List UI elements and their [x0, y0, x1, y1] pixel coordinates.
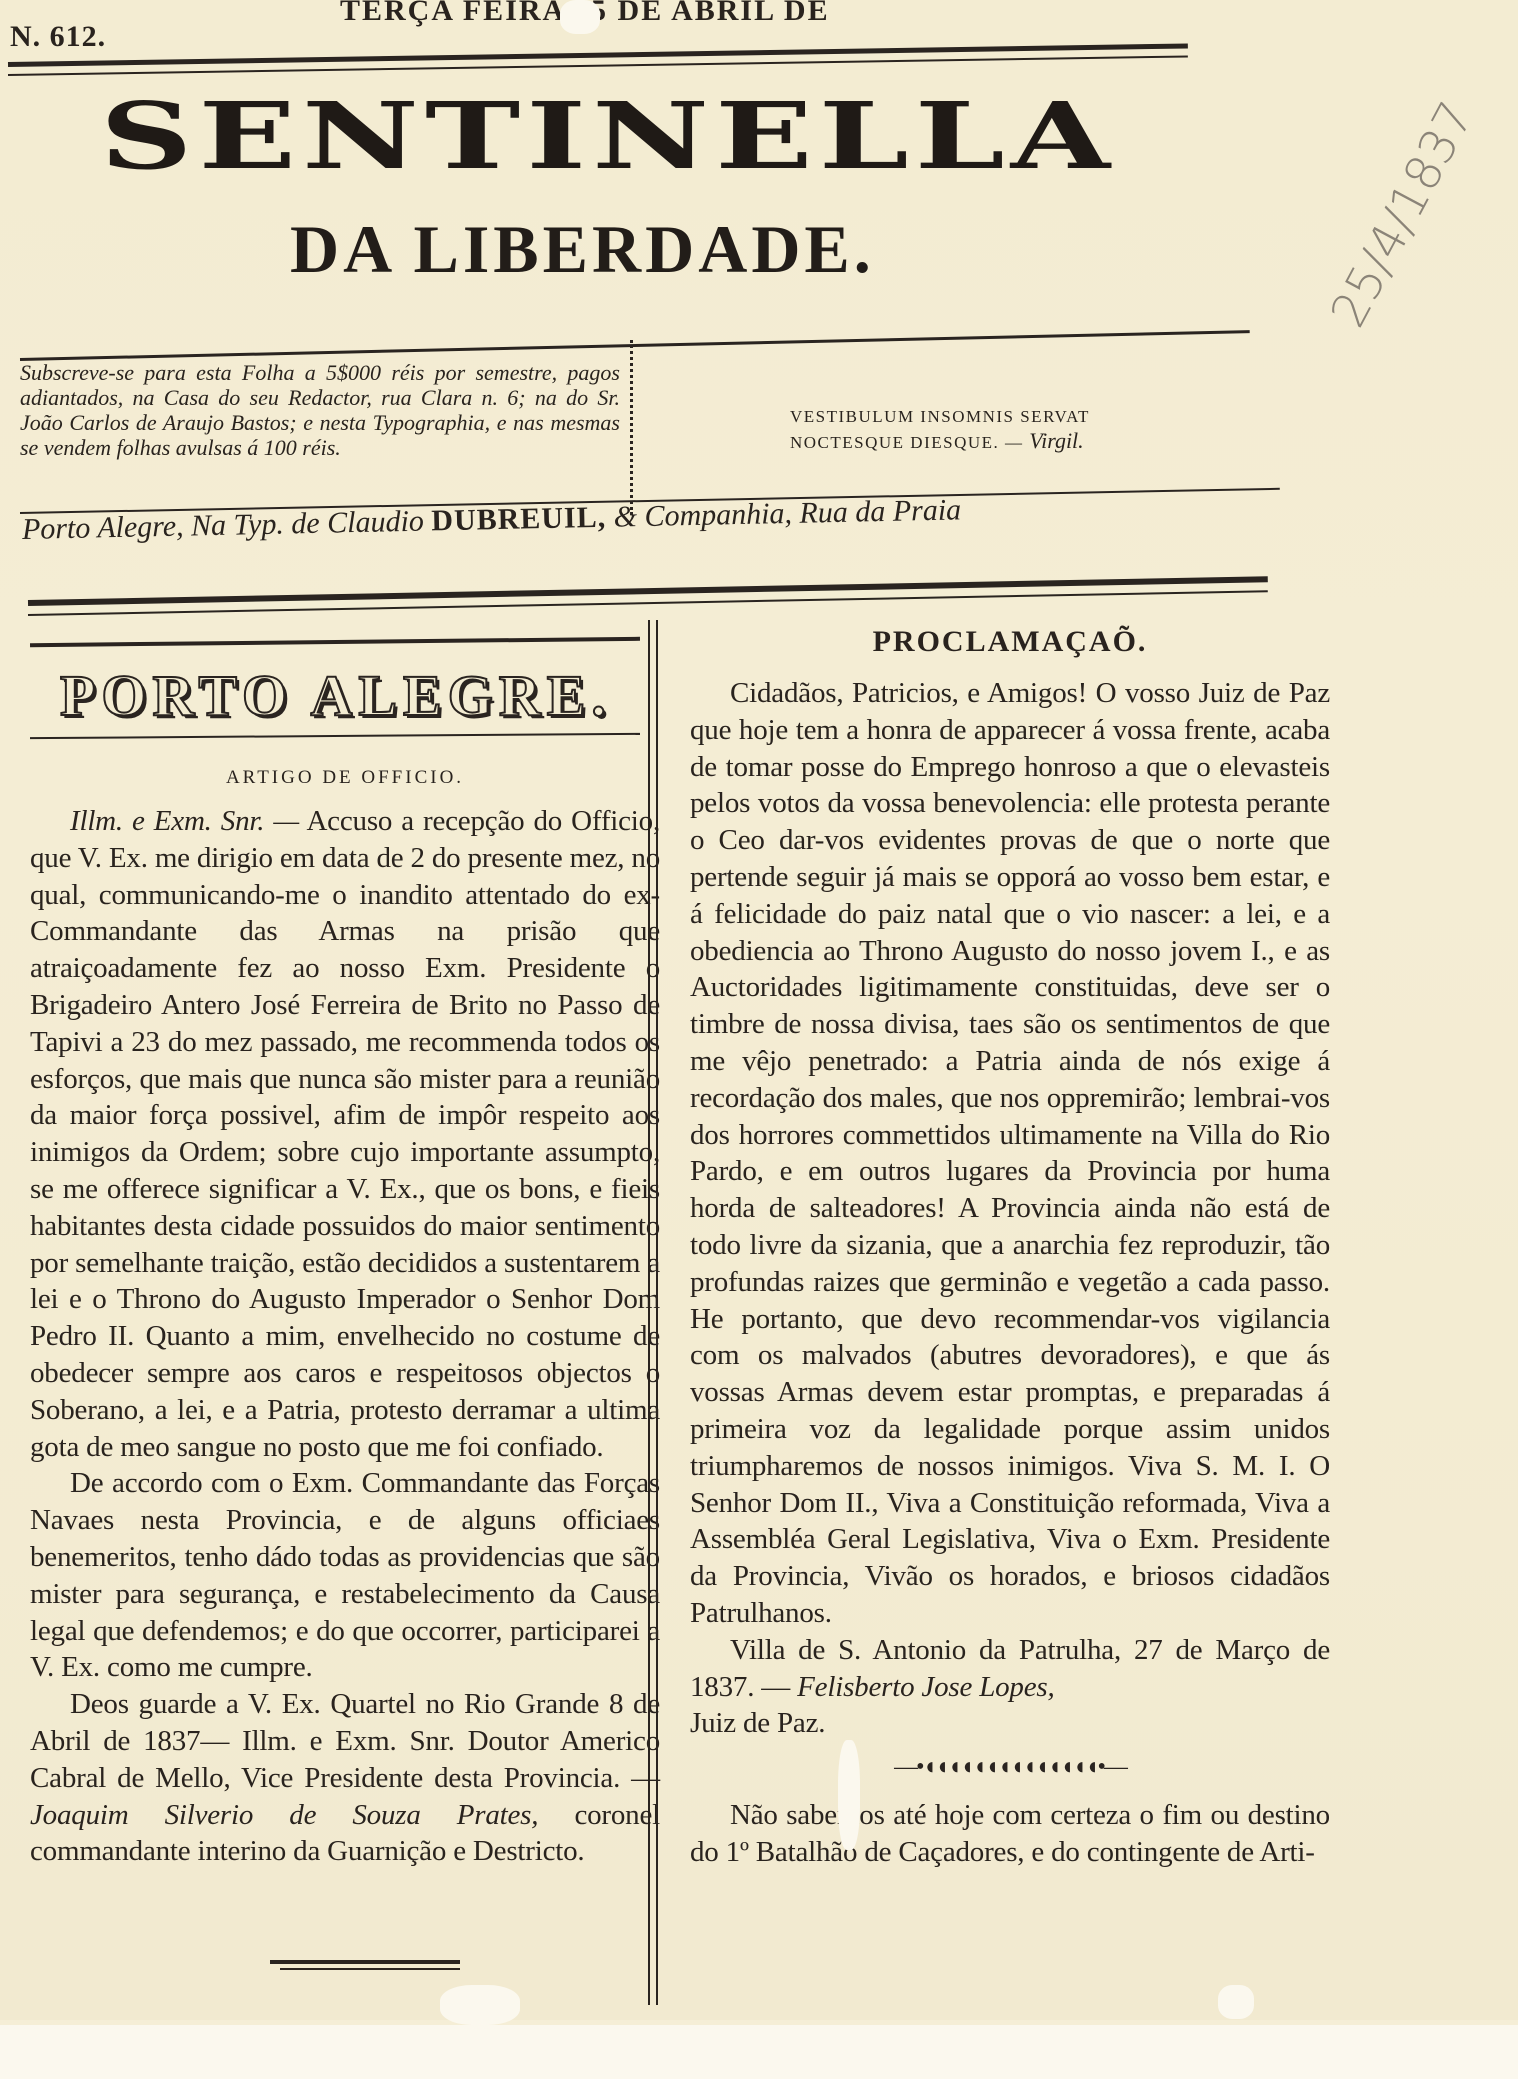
end-rule-thin: [280, 1968, 460, 1970]
signature-name: Joaquim Silverio de Souza Prates,: [30, 1799, 538, 1831]
left-column: PORTO ALEGRE. ARTIGO DE OFFICIO. Illm. e…: [30, 640, 660, 1870]
paper-hole: [1218, 1985, 1254, 2019]
motto-line-1: VESTIBULUM INSOMNIS SERVAT: [790, 405, 1090, 429]
proclamation-paragraph-1: Cidadãos, Patricios, e Amigos! O vosso J…: [690, 675, 1330, 1632]
paper-hole: [440, 1985, 520, 2025]
motto: VESTIBULUM INSOMNIS SERVAT NOCTESQUE DIE…: [790, 405, 1090, 455]
section-header-porto-alegre: PORTO ALEGRE.: [60, 662, 660, 729]
proclamation-title: PROCLAMAÇAÕ.: [690, 625, 1330, 659]
section-rule-bottom: [30, 733, 640, 739]
wavy-divider: [630, 340, 647, 515]
page-margin: [0, 2025, 1518, 2079]
newspaper-title: SENTINELLA: [100, 90, 1116, 182]
paragraph-3: Deos guarde a V. Ex. Quartel no Rio Gran…: [30, 1688, 660, 1794]
motto-line-2: NOCTESQUE DIESQUE. —: [790, 433, 1024, 452]
news-body: Não sabemos até hoje com certeza o fim o…: [690, 1797, 1330, 1871]
paragraph-2: De accordo com o Exm. Commandante das Fo…: [30, 1465, 660, 1686]
motto-author: Virgil.: [1029, 428, 1083, 453]
article-title: ARTIGO DE OFFICIO.: [30, 767, 660, 789]
imprint-printer: DUBREUIL,: [431, 501, 607, 538]
newspaper-subtitle: DA LIBERDADE.: [290, 210, 875, 289]
paper-hole: [838, 1740, 860, 1850]
proclamation-signature: Felisberto Jose Lopes,: [797, 1671, 1054, 1703]
proclamation-signer-title: Juiz de Paz.: [690, 1705, 1330, 1742]
news-paragraph: Não sabemos até hoje com certeza o fim o…: [690, 1797, 1330, 1871]
salutation: Illm. e Exm. Snr. —: [70, 805, 299, 837]
imprint-suffix: & Companhia, Rua da Praia: [613, 493, 961, 533]
paragraph-1: Accuso a recepção do Officio, que V. Ex.…: [30, 805, 660, 1463]
subscription-notice: Subscreve-se para esta Folha a 5$000 réi…: [20, 360, 620, 460]
end-rule-thick: [270, 1960, 460, 1964]
paper-hole: [560, 0, 600, 34]
right-column: PROCLAMAÇAÕ. Cidadãos, Patricios, e Amig…: [690, 625, 1330, 1871]
proclamation-body: Cidadãos, Patricios, e Amigos! O vosso J…: [690, 675, 1330, 1742]
issue-number: N. 612.: [10, 20, 106, 54]
article-body: Illm. e Exm. Snr. — Accuso a recepção do…: [30, 803, 660, 1870]
ornament-divider: —•◖◖◖◖◖◖◖◖◖◖◖◖◖◖•—: [690, 1754, 1330, 1781]
imprint-prefix: Porto Alegre, Na Typ. de Claudio: [22, 505, 425, 546]
